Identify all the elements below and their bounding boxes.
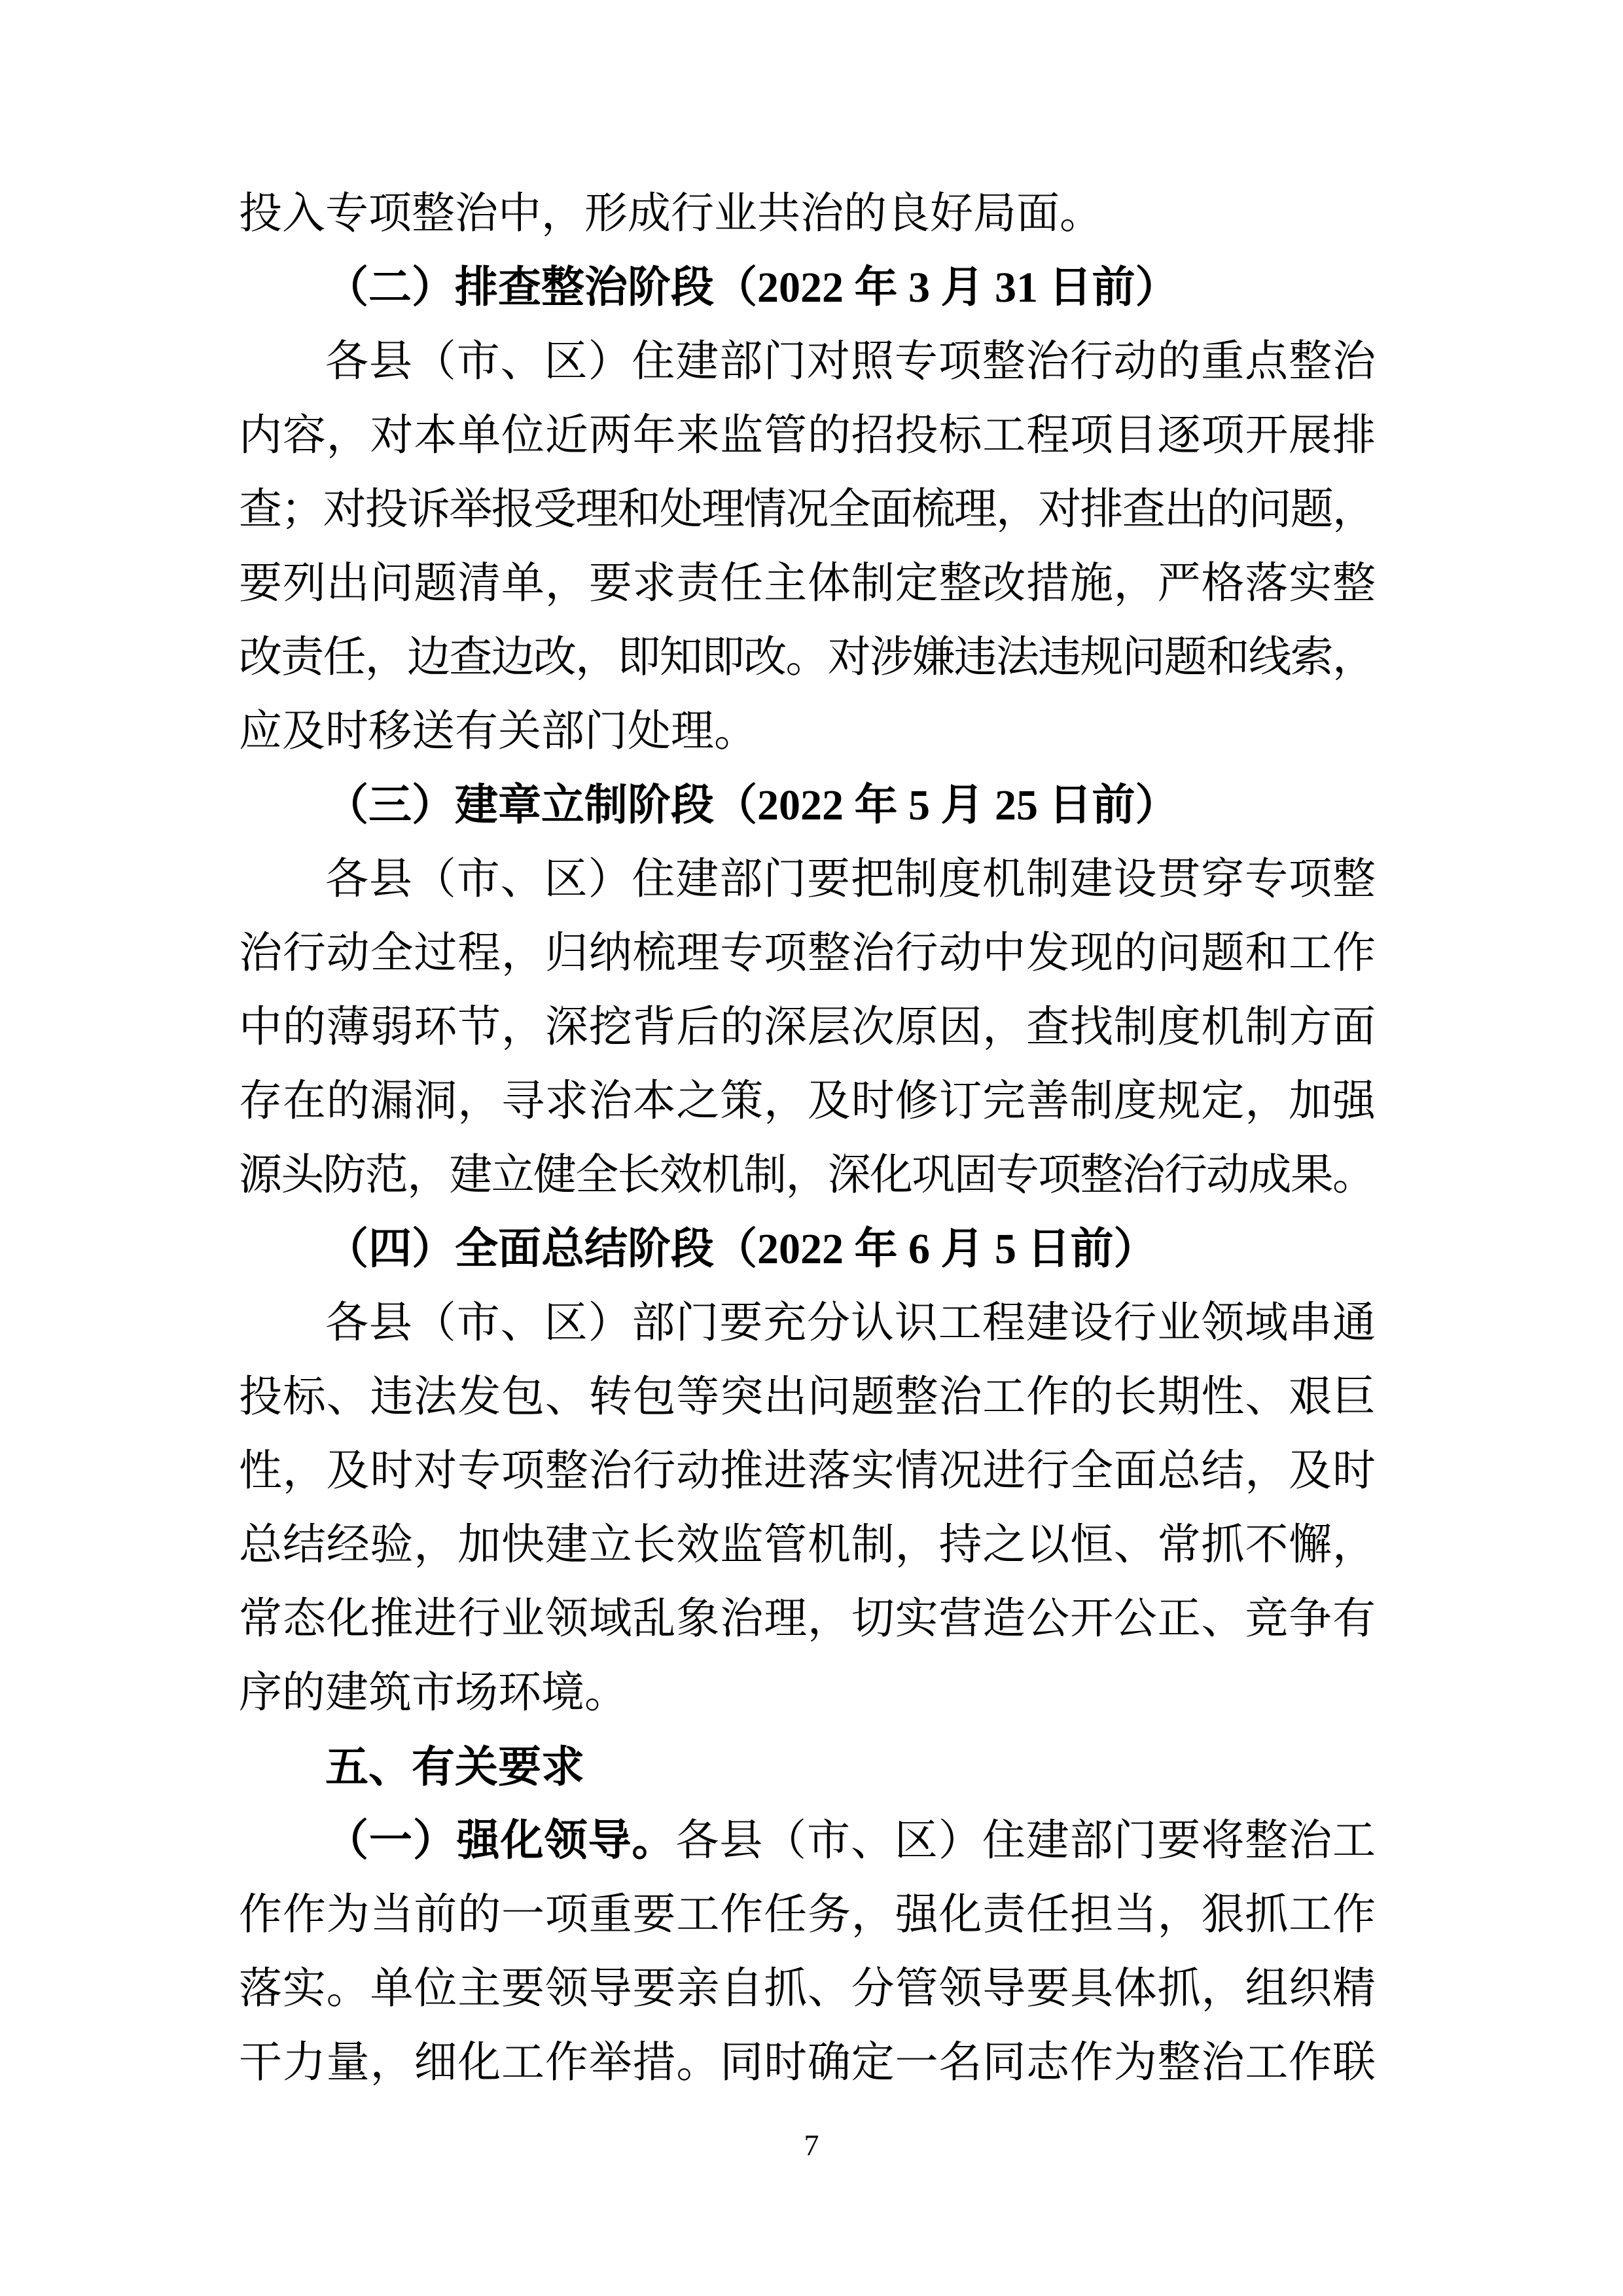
- text-line-content: 各县（市、区）住建部门对照专项整治行动的重点整治: [325, 338, 1376, 386]
- text-line: 常态化推进行业领域乱象治理，切实营造公开公正、竞争有: [239, 1582, 1376, 1656]
- text-line-content: 干力量，细化工作举措。同时确定一名同志作为整治工作联: [239, 2039, 1376, 2087]
- bold-lead-in: （一）强化领导。: [325, 1817, 675, 1865]
- text-line: 应及时移送有关部门处理。: [239, 694, 1376, 768]
- text-line: 序的建筑市场环境。: [239, 1656, 1376, 1730]
- text-line-content: 内容，对本单位近两年来监管的招投标工程项目逐项开展排: [239, 412, 1376, 459]
- text-line-content: 应及时移送有关部门处理。: [239, 708, 757, 755]
- section-heading-stage-4: （四）全面总结阶段（2022 年 6 月 5 日前）: [239, 1212, 1376, 1286]
- text-line-content: 要列出问题清单，要求责任主体制定整改措施，严格落实整: [239, 560, 1376, 607]
- text-line-content: 总结经验，加快建立长效监管机制，持之以恒、常抓不懈，: [239, 1521, 1376, 1569]
- text-line: 总结经验，加快建立长效监管机制，持之以恒、常抓不懈，: [239, 1508, 1376, 1582]
- text-line-content: 作作为当前的一项重要工作任务，强化责任担当，狠抓工作: [239, 1891, 1376, 1939]
- text-line-content: 中的薄弱环节，深挖背后的深层次原因，查找制度机制方面: [239, 1003, 1376, 1051]
- text-line-content: 常态化推进行业领域乱象治理，切实营造公开公正、竞争有: [239, 1595, 1376, 1643]
- text-line: 治行动全过程，归纳梳理专项整治行动中发现的问题和工作: [239, 916, 1376, 990]
- document-page: 投入专项整治中，形成行业共治的良好局面。（二）排查整治阶段（2022 年 3 月…: [0, 0, 1623, 2296]
- text-line-content: 序的建筑市场环境。: [239, 1669, 628, 1717]
- text-line-content: 改责任，边查边改，即知即改。对涉嫌违法违规问题和线索，: [239, 634, 1374, 681]
- section-heading-5-requirements: 五、有关要求: [239, 1730, 1376, 1804]
- text-line-content: 查；对投诉举报受理和处理情况全面梳理，对排查出的问题，: [239, 486, 1374, 533]
- text-line-content: （四）全面总结阶段（2022 年 6 月 5 日前）: [325, 1225, 1157, 1273]
- text-line-content: （三）建章立制阶段（2022 年 5 月 25 日前）: [325, 781, 1179, 829]
- document-body: 投入专项整治中，形成行业共治的良好局面。（二）排查整治阶段（2022 年 3 月…: [239, 177, 1376, 2100]
- page-footer: 7: [0, 2119, 1623, 2172]
- text-line: 性，及时对专项整治行动推进落实情况进行全面总结，及时: [239, 1434, 1376, 1508]
- text-line-content: 存在的漏洞，寻求治本之策，及时修订完善制度规定，加强: [239, 1077, 1376, 1125]
- text-line: 作作为当前的一项重要工作任务，强化责任担当，狠抓工作: [239, 1878, 1376, 1952]
- text-line: 各县（市、区）部门要充分认识工程建设行业领域串通: [239, 1286, 1376, 1360]
- paragraph-strengthen-leadership-line: （一）强化领导。各县（市、区）住建部门要将整治工: [239, 1804, 1376, 1878]
- text-line: 各县（市、区）住建部门要把制度机制建设贯穿专项整: [239, 842, 1376, 916]
- text-line: 中的薄弱环节，深挖背后的深层次原因，查找制度机制方面: [239, 990, 1376, 1064]
- text-line: 源头防范，建立健全长效机制，深化巩固专项整治行动成果。: [239, 1138, 1376, 1212]
- text-line-content: 治行动全过程，归纳梳理专项整治行动中发现的问题和工作: [239, 929, 1376, 977]
- text-line-content: （二）排查整治阶段（2022 年 3 月 31 日前）: [325, 264, 1179, 312]
- text-line-content: 各县（市、区）部门要充分认识工程建设行业领域串通: [325, 1299, 1376, 1347]
- text-line: 改责任，边查边改，即知即改。对涉嫌违法违规问题和线索，: [239, 620, 1376, 694]
- text-line-content: 投入专项整治中，形成行业共治的良好局面。: [239, 190, 1103, 238]
- text-line-content: （一）强化领导。各县（市、区）住建部门要将整治工: [325, 1817, 1376, 1865]
- text-line-content: 各县（市、区）住建部门要把制度机制建设贯穿专项整: [325, 855, 1376, 903]
- section-heading-stage-2: （二）排查整治阶段（2022 年 3 月 31 日前）: [239, 251, 1376, 325]
- text-line-content: 投标、违法发包、转包等突出问题整治工作的长期性、艰巨: [239, 1373, 1376, 1421]
- text-line: 内容，对本单位近两年来监管的招投标工程项目逐项开展排: [239, 399, 1376, 473]
- text-line: 投标、违法发包、转包等突出问题整治工作的长期性、艰巨: [239, 1360, 1376, 1434]
- text-line: 干力量，细化工作举措。同时确定一名同志作为整治工作联: [239, 2026, 1376, 2100]
- text-line-content: 性，及时对专项整治行动推进落实情况进行全面总结，及时: [239, 1447, 1376, 1495]
- text-line-content: 五、有关要求: [325, 1742, 584, 1791]
- text-line: 存在的漏洞，寻求治本之策，及时修订完善制度规定，加强: [239, 1064, 1376, 1138]
- text-line: 查；对投诉举报受理和处理情况全面梳理，对排查出的问题，: [239, 473, 1376, 547]
- text-line-content: 源头防范，建立健全长效机制，深化巩固专项整治行动成果。: [239, 1151, 1374, 1199]
- page-number: 7: [804, 2128, 819, 2162]
- text-line: 投入专项整治中，形成行业共治的良好局面。: [239, 177, 1376, 251]
- section-heading-stage-3: （三）建章立制阶段（2022 年 5 月 25 日前）: [239, 768, 1376, 842]
- text-line: 要列出问题清单，要求责任主体制定整改措施，严格落实整: [239, 547, 1376, 620]
- text-line: 各县（市、区）住建部门对照专项整治行动的重点整治: [239, 325, 1376, 399]
- text-line: 落实。单位主要领导要亲自抓、分管领导要具体抓，组织精: [239, 1952, 1376, 2026]
- text-line-content: 落实。单位主要领导要亲自抓、分管领导要具体抓，组织精: [239, 1965, 1376, 2013]
